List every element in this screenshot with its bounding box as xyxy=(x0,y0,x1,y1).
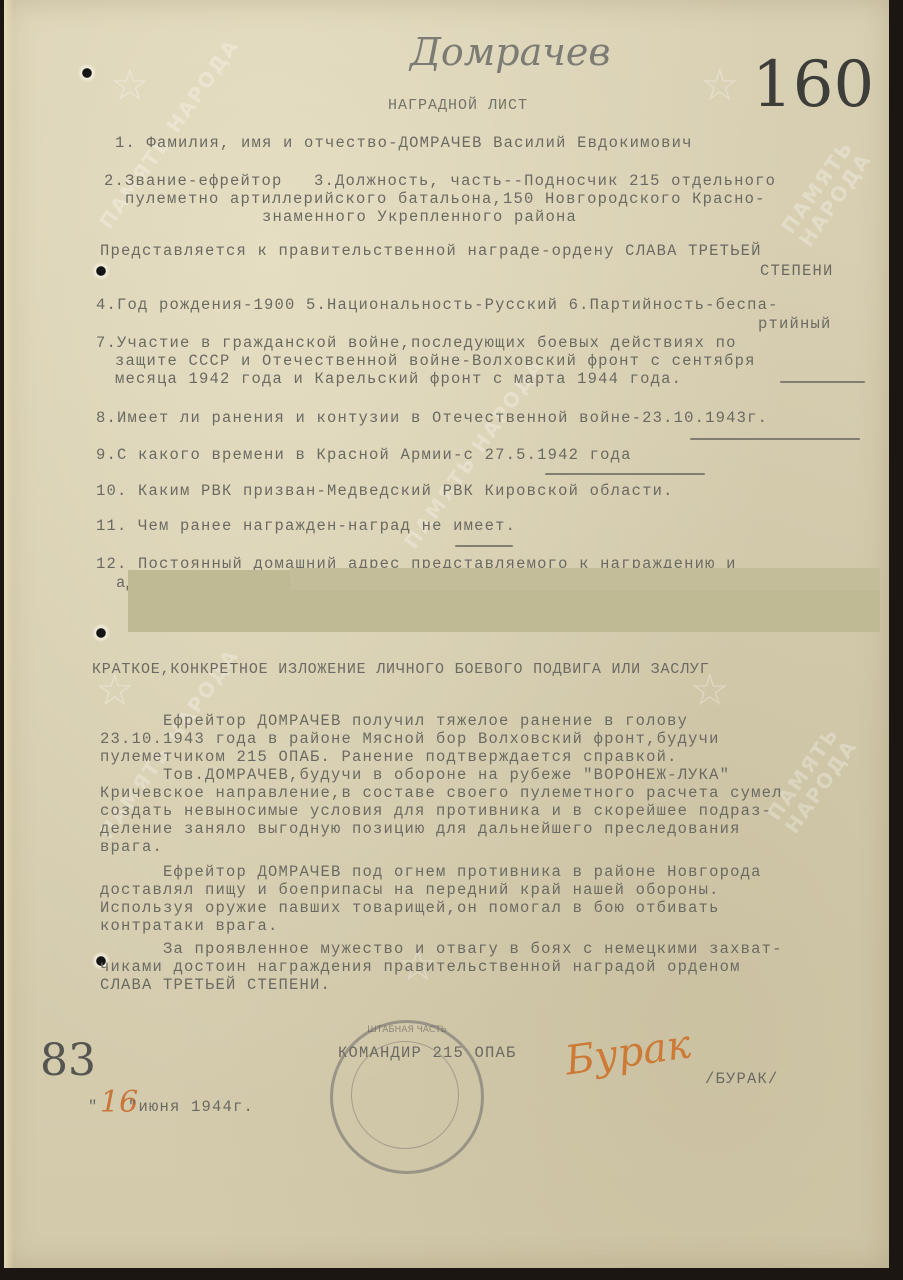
section-heading: КРАТКОЕ,КОНКРЕТНОЕ ИЗЛОЖЕНИЕ ЛИЧНОГО БОЕ… xyxy=(92,660,710,679)
handwritten-page-number: 160 xyxy=(752,48,874,122)
date-prefix: " xyxy=(88,1098,99,1117)
commander-name: /БУРАК/ xyxy=(705,1070,779,1089)
narrative-line: Ефрейтор ДОМРАЧЕВ под огнем противника в… xyxy=(100,863,762,882)
underline xyxy=(780,381,865,383)
narrative-line: Кричевское направление,в составе своего … xyxy=(100,784,783,803)
underline xyxy=(690,438,860,440)
field-3-cont: знаменного Укрепленного района xyxy=(262,208,577,227)
field-8: 8.Имеет ли ранения и контузии в Отечеств… xyxy=(96,409,768,428)
field-11: 11. Чем ранее награжден-наград не имеет. xyxy=(96,517,516,536)
field-7-cont: месяца 1942 года и Карельский фронт с ма… xyxy=(115,370,682,389)
field-7: 7.Участие в гражданской войне,последующи… xyxy=(96,334,737,353)
handwritten-surname: Домрачев xyxy=(410,30,611,74)
field-10: 10. Каким РВК призван-Медведский РВК Кир… xyxy=(96,482,674,501)
narrative-line: Используя оружие павших товарищей,он пом… xyxy=(100,899,720,918)
field-1: 1. Фамилия, имя и отчество-ДОМРАЧЕВ Васи… xyxy=(115,134,693,153)
date-rest: "июня 1944г. xyxy=(128,1098,254,1117)
narrative-line: 23.10.1943 года в районе Мясной бор Волх… xyxy=(100,730,720,749)
underline xyxy=(455,545,513,547)
watermark-star-icon: ☆ xyxy=(700,60,739,111)
punch-hole xyxy=(78,64,96,82)
field-2-3: 2.Звание-ефрейтор 3.Должность, часть--По… xyxy=(104,172,776,191)
narrative-line: врага. xyxy=(100,838,163,857)
narrative-line: доставлял пищу и боеприпасы на передний … xyxy=(100,881,720,900)
punch-hole xyxy=(92,262,110,280)
field-6-cont: ртийный xyxy=(758,315,832,334)
redacted-address xyxy=(290,568,880,590)
narrative-line: Ефрейтор ДОМРАЧЕВ получил тяжелое ранени… xyxy=(100,712,688,731)
narrative-line: контратаки врага. xyxy=(100,917,279,936)
underline xyxy=(545,473,705,475)
field-7-cont: защите СССР и Отечественной войне-Волхов… xyxy=(115,352,756,371)
narrative-line: За проявленное мужество и отвагу в боях … xyxy=(100,940,783,959)
field-9: 9.С какого времени в Красной Армии-с 27.… xyxy=(96,446,632,465)
narrative-line: чиками достоин награждения правительстве… xyxy=(100,958,741,977)
punch-hole xyxy=(92,624,110,642)
narrative-line: пулеметчиком 215 ОПАБ. Ранение подтвержд… xyxy=(100,748,678,767)
award-nomination-cont: СТЕПЕНИ xyxy=(760,262,834,281)
narrative-line: СЛАВА ТРЕТЬЕЙ СТЕПЕНИ. xyxy=(100,976,331,995)
narrative-line: создать невыносимые условия для противни… xyxy=(100,802,772,821)
field-3-cont: пулеметно артиллерийского батальона,150 … xyxy=(125,190,766,209)
award-nomination: Представляется к правительственной награ… xyxy=(100,242,762,261)
handwritten-margin-number: 83 xyxy=(40,1035,96,1086)
paper-edge xyxy=(4,0,14,1268)
narrative-line: деление заняло выгодную позицию для даль… xyxy=(100,820,741,839)
field-4-5-6: 4.Год рождения-1900 5.Национальность-Рус… xyxy=(96,296,779,315)
commander-title: КОМАНДИР 215 ОПАБ xyxy=(338,1044,517,1063)
document-title: НАГРАДНОЙ ЛИСТ xyxy=(388,96,528,115)
narrative-line: Тов.ДОМРАЧЕВ,будучи в обороне на рубеже … xyxy=(100,766,730,785)
watermark-star-icon: ☆ xyxy=(110,60,149,111)
